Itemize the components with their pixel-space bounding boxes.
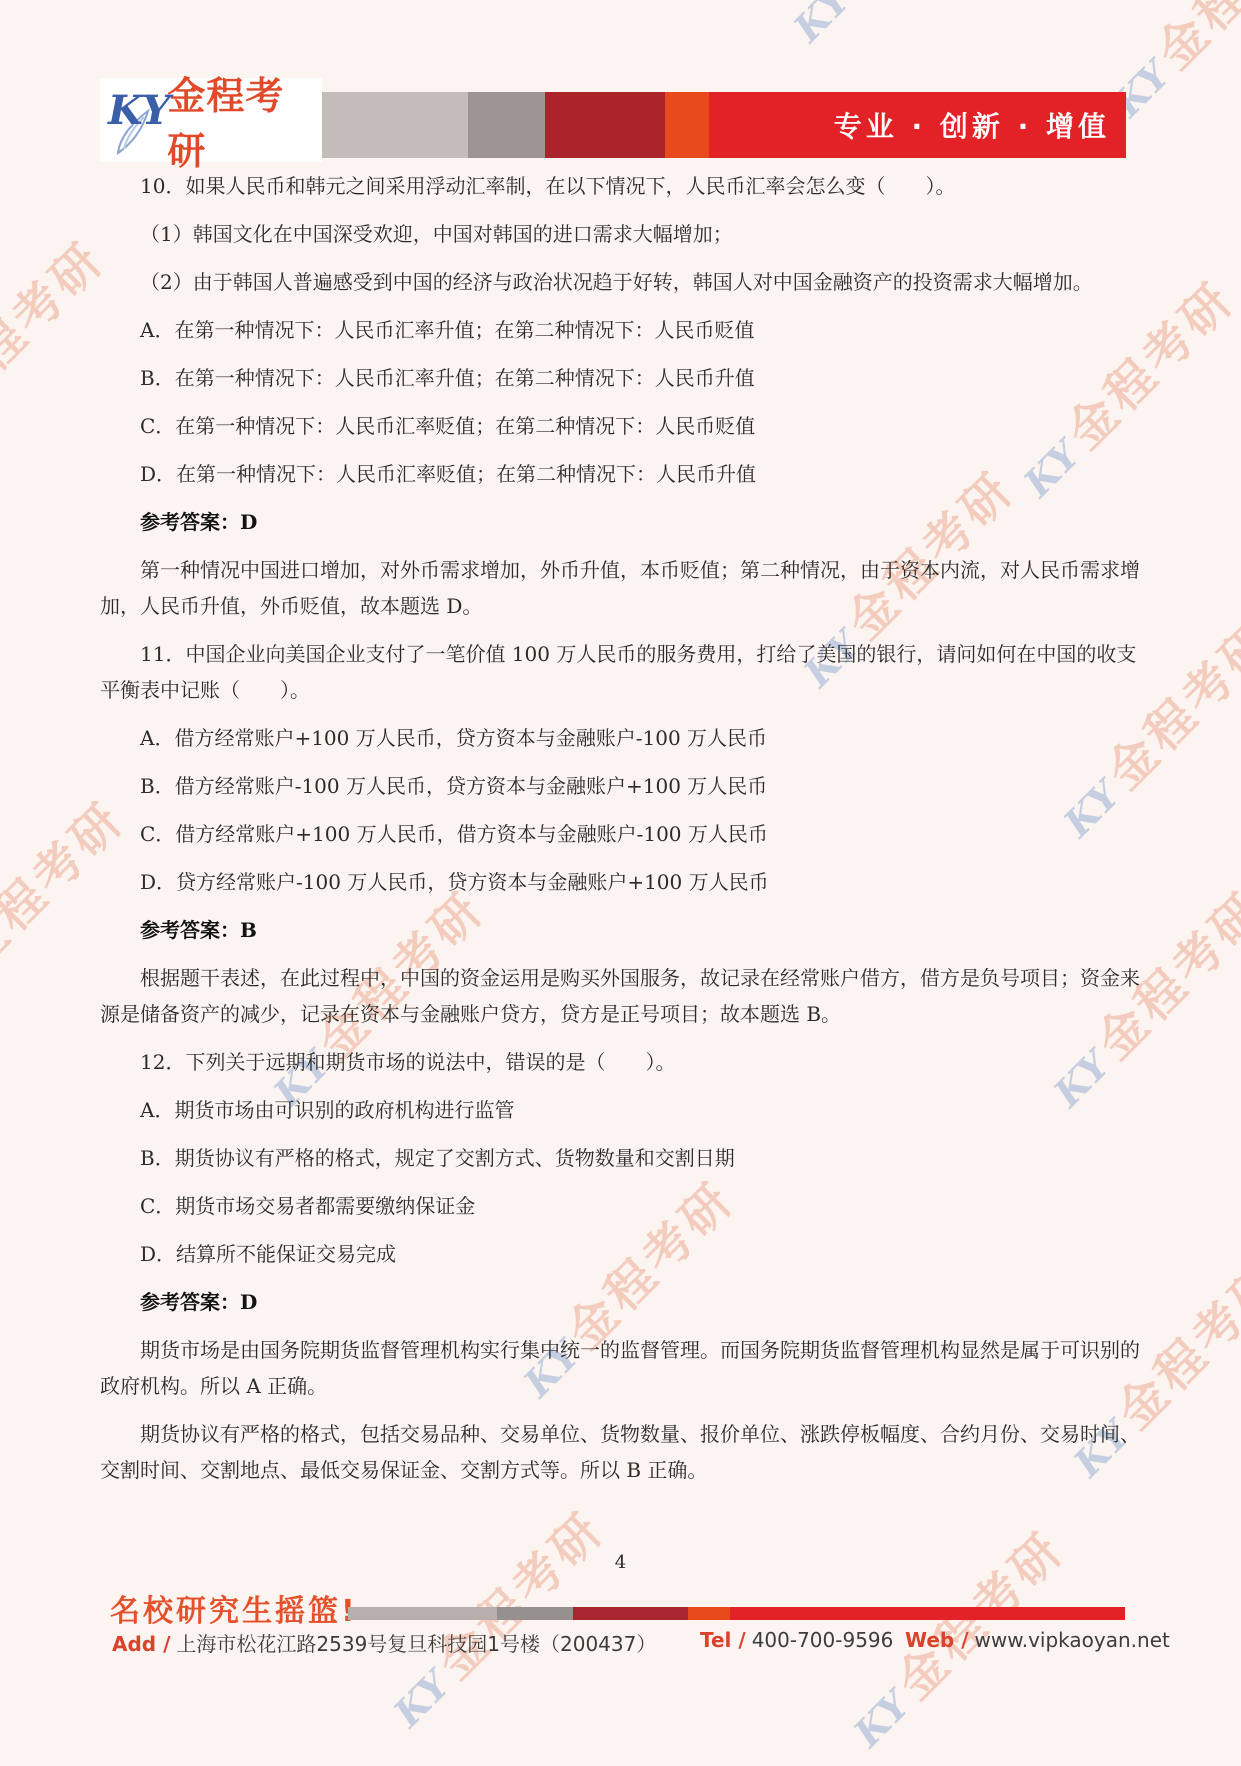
question-11-option-c: C．借方经常账户+100 万人民币，借方资本与金融账户-100 万人民币	[100, 816, 1141, 852]
question-10-condition-1: （1）韩国文化在中国深受欢迎，中国对韩国的进口需求大幅增加；	[100, 216, 1141, 252]
tel-item: Tel /400-700-9596	[700, 1628, 893, 1652]
footer-contact: Add /上海市松花江路2539号复旦科技园1号楼（200437） Tel /4…	[0, 1628, 1241, 1660]
answer-letter: D	[240, 510, 257, 534]
question-10-answer: 参考答案：D	[100, 504, 1141, 540]
question-10-condition-2: （2）由于韩国人普遍感受到中国的经济与政治状况趋于好转，韩国人对中国金融资产的投…	[100, 264, 1141, 300]
question-10-explanation: 第一种情况中国进口增加，对外币需求增加，外币升值，本币贬值；第二种情况，由于资本…	[100, 552, 1141, 624]
question-12-explanation-2: 期货协议有严格的格式，包括交易品种、交易单位、货物数量、报价单位、涨跌停板幅度、…	[100, 1416, 1141, 1488]
address-value: 上海市松花江路2539号复旦科技园1号楼（200437）	[176, 1632, 656, 1656]
question-12-option-d: D．结算所不能保证交易完成	[100, 1236, 1141, 1272]
header-bar-segment-gray	[468, 92, 545, 158]
question-12-option-b: B．期货协议有严格的格式，规定了交割方式、货物数量和交割日期	[100, 1140, 1141, 1176]
header-bar-segment-orange	[665, 92, 709, 158]
question-11-option-d: D．贷方经常账户-100 万人民币，贷方资本与金融账户+100 万人民币	[100, 864, 1141, 900]
question-10-option-c: C．在第一种情况下：人民币汇率贬值；在第二种情况下：人民币贬值	[100, 408, 1141, 444]
ky-logo-icon: KY	[106, 85, 167, 155]
answer-label: 参考答案：	[140, 510, 240, 534]
document-body: 10．如果人民币和韩元之间采用浮动汇率制，在以下情况下，人民币汇率会怎么变（ ）…	[100, 168, 1141, 1500]
footer-bar-segment-orange	[688, 1607, 730, 1620]
question-12-option-c: C．期货市场交易者都需要缴纳保证金	[100, 1188, 1141, 1224]
footer-slogan: 名校研究生摇篮!	[110, 1586, 358, 1630]
header-slogan: 专业 · 创新 · 增值	[834, 105, 1110, 145]
ky-logo-text: KY	[108, 87, 170, 134]
address-item: Add /上海市松花江路2539号复旦科技园1号楼（200437）	[112, 1628, 656, 1657]
question-12-explanation-1: 期货市场是由国务院期货监督管理机构实行集中统一的监督管理。而国务院期货监督管理机…	[100, 1332, 1141, 1404]
question-11-stem: 11．中国企业向美国企业支付了一笔价值 100 万人民币的服务费用，打给了美国的…	[100, 636, 1141, 708]
question-11-option-b: B．借方经常账户-100 万人民币，贷方资本与金融账户+100 万人民币	[100, 768, 1141, 804]
web-value: www.vipkaoyan.net	[975, 1628, 1170, 1652]
answer-letter: B	[240, 918, 257, 942]
web-label: Web /	[905, 1628, 969, 1652]
footer-bar-segment-darkred	[573, 1607, 688, 1620]
question-12-answer: 参考答案：D	[100, 1284, 1141, 1320]
footer: 名校研究生摇篮! Add /上海市松花江路2539号复旦科技园1号楼（20043…	[0, 1580, 1241, 1700]
page-number: 4	[0, 1552, 1241, 1573]
question-11-option-a: A．借方经常账户+100 万人民币，贷方资本与金融账户-100 万人民币	[100, 720, 1141, 756]
tel-value: 400-700-9596	[752, 1628, 894, 1652]
answer-letter: D	[240, 1290, 257, 1314]
footer-bar-segment-gray	[497, 1607, 573, 1620]
tel-label: Tel /	[700, 1628, 746, 1652]
question-10-option-a: A．在第一种情况下：人民币汇率升值；在第二种情况下：人民币贬值	[100, 312, 1141, 348]
question-11-explanation: 根据题干表述，在此过程中，中国的资金运用是购买外国服务，故记录在经常账户借方，借…	[100, 960, 1141, 1032]
answer-label: 参考答案：	[140, 918, 240, 942]
logo: KY 金程考研	[100, 78, 322, 162]
question-12-option-a: A．期货市场由可识别的政府机构进行监管	[100, 1092, 1141, 1128]
header: KY 金程考研 专业 · 创新 · 增值	[0, 0, 1241, 170]
logo-text: 金程考研	[167, 65, 322, 175]
question-10-option-d: D．在第一种情况下：人民币汇率贬值；在第二种情况下：人民币升值	[100, 456, 1141, 492]
answer-label: 参考答案：	[140, 1290, 240, 1314]
question-12-stem: 12．下列关于远期和期货市场的说法中，错误的是（ ）。	[100, 1044, 1141, 1080]
web-item: Web /www.vipkaoyan.net	[905, 1628, 1170, 1652]
question-10-option-b: B．在第一种情况下：人民币汇率升值；在第二种情况下：人民币升值	[100, 360, 1141, 396]
header-banner: 专业 · 创新 · 增值	[709, 92, 1126, 158]
address-label: Add /	[112, 1632, 170, 1656]
header-bar-segment-darkred	[545, 92, 665, 158]
document-page: KY金程考研KY金程考研KY金程考研KY金程考研KY金程考研KY金程考研KY金程…	[0, 0, 1241, 1766]
footer-bar-segment-red	[730, 1607, 1125, 1620]
footer-bar	[348, 1607, 1125, 1620]
header-bar-segment-lightgray	[322, 92, 468, 158]
footer-bar-segment-lightgray	[348, 1607, 497, 1620]
question-11-answer: 参考答案：B	[100, 912, 1141, 948]
